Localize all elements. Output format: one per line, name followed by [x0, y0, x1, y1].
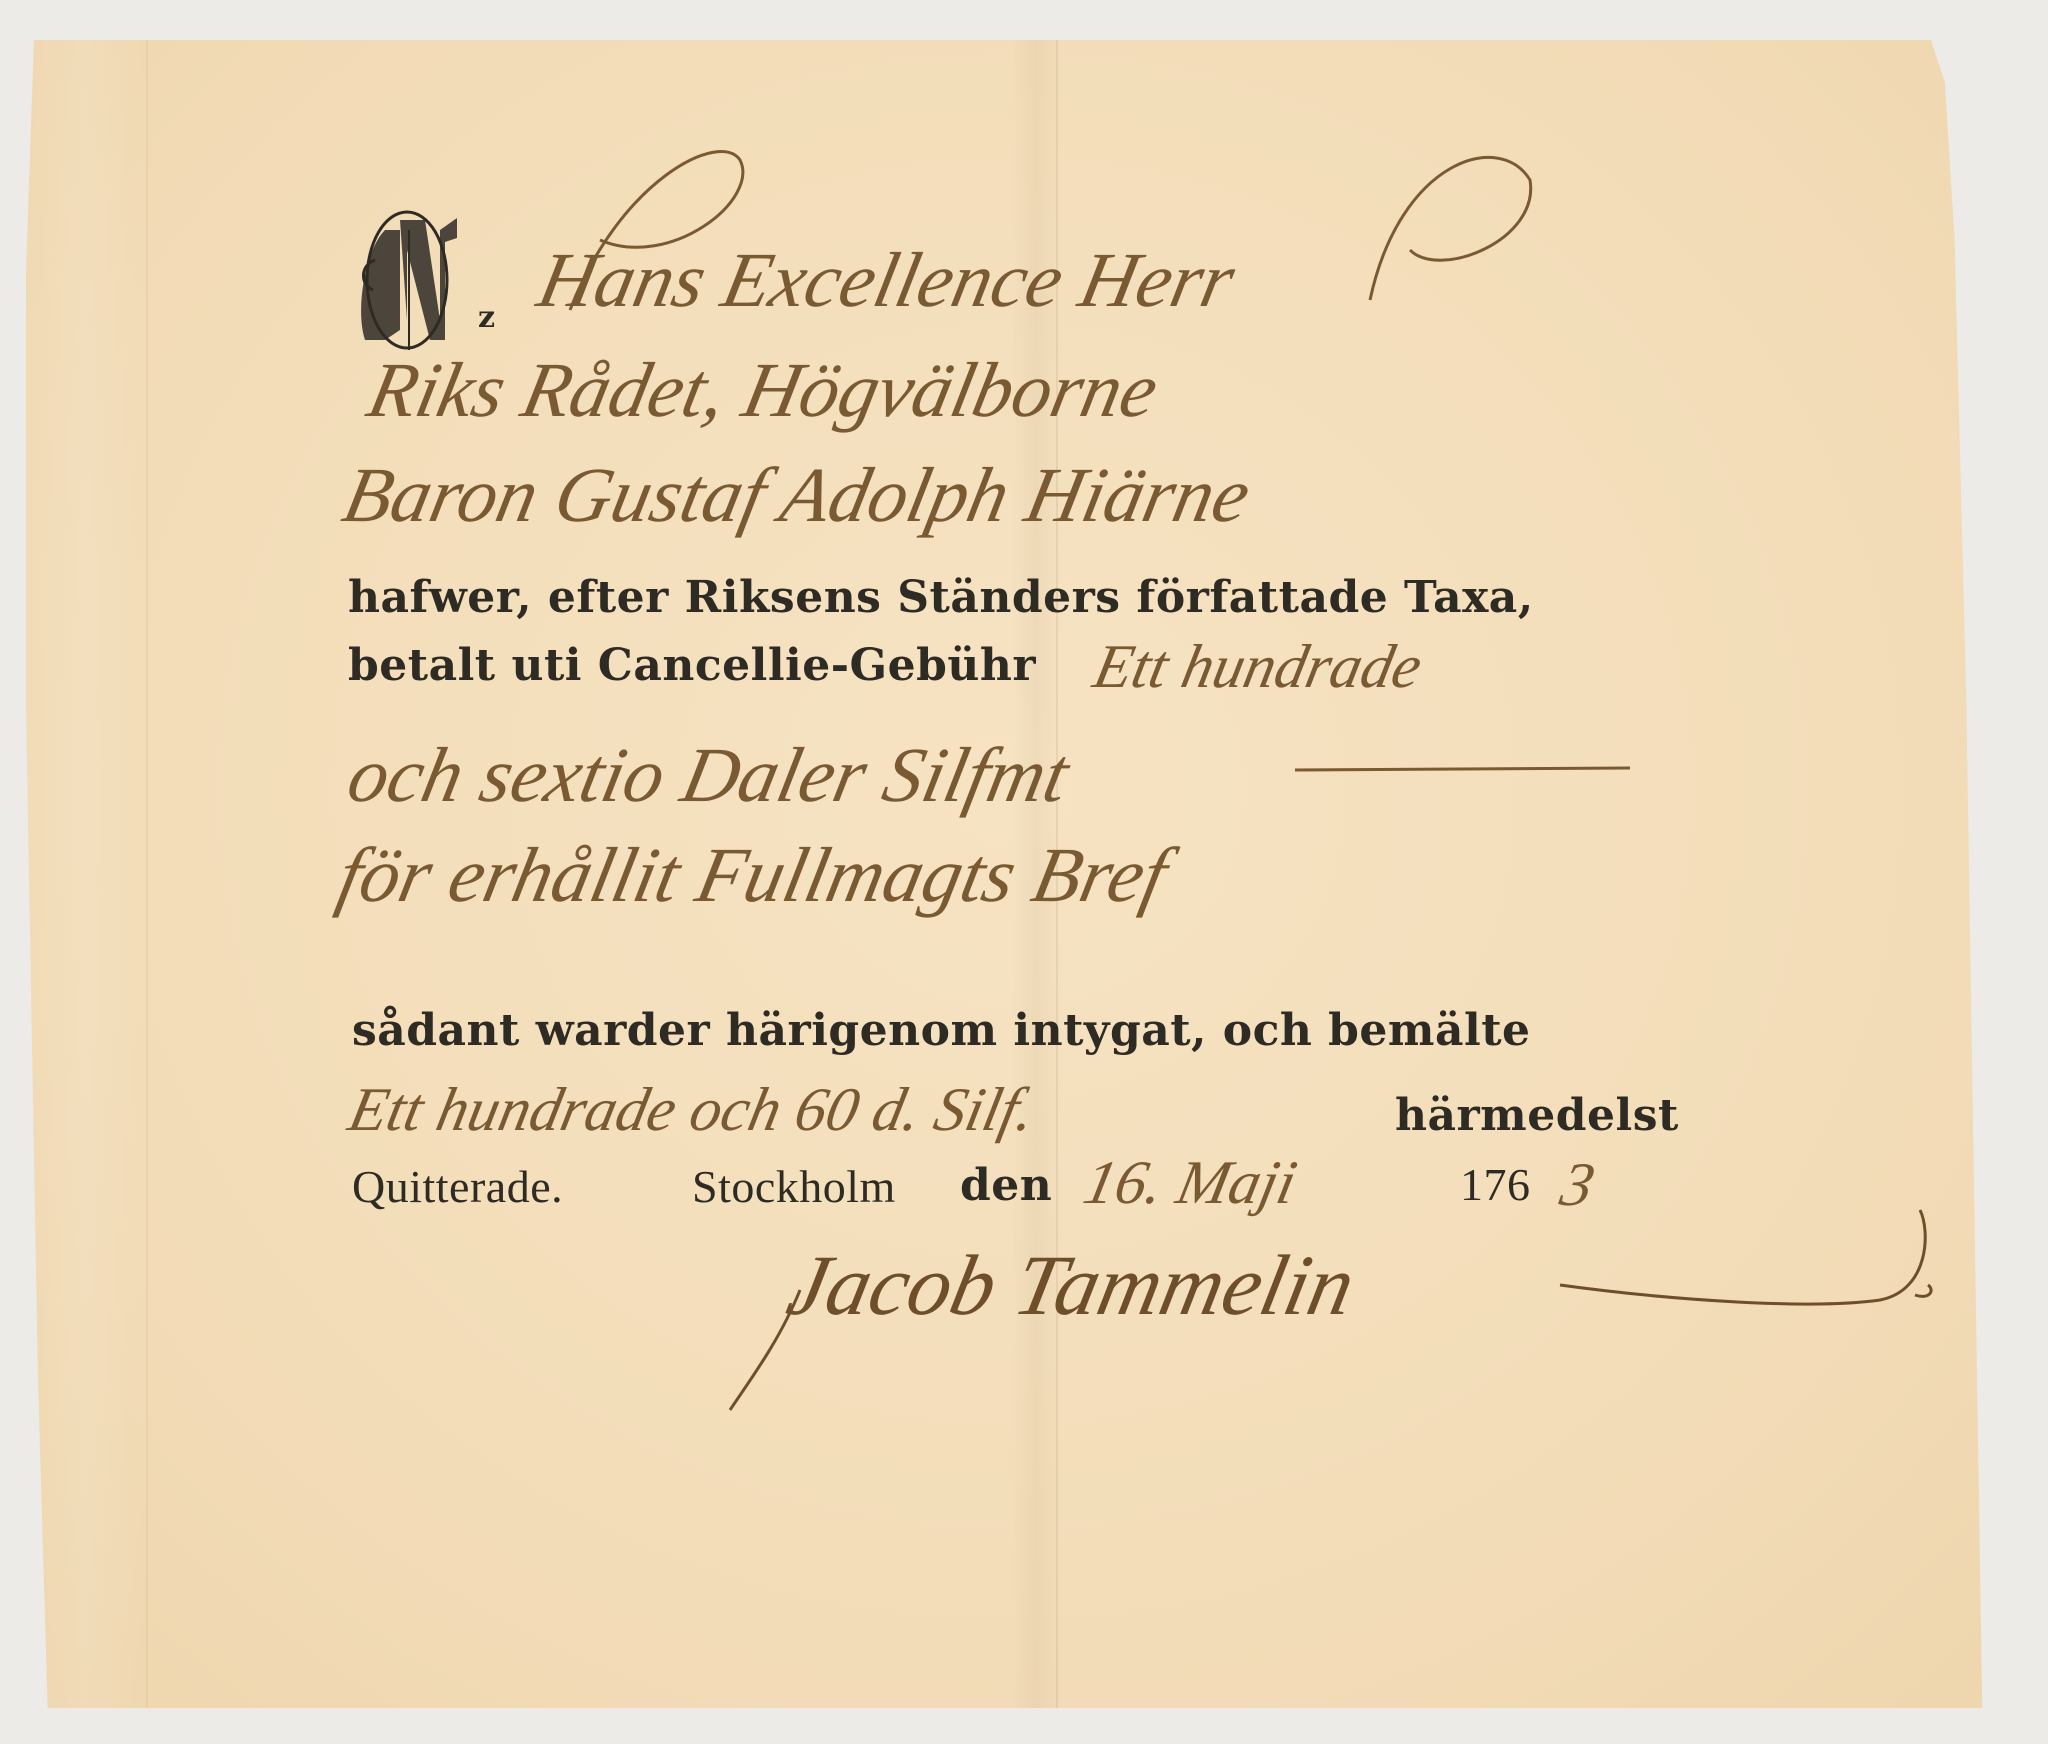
- stamp-suffix: z: [478, 300, 496, 335]
- handwritten-title-line1: Hans Excellence Herr: [530, 235, 1242, 325]
- handwritten-amount-2: och sextio Daler Silfmt: [340, 730, 1076, 820]
- printed-text-line1: hafwer, efter Riksens Ständers författad…: [348, 572, 1534, 623]
- handwritten-date: 16. Maji: [1077, 1148, 1302, 1219]
- printed-text-line3: sådant warder härigenom intygat, och bem…: [352, 1005, 1531, 1056]
- signature: Jacob Tammelin: [779, 1235, 1363, 1335]
- printed-quitterade: Quitterade.: [352, 1160, 563, 1213]
- handwritten-title-line2: Riks Rådet, Högvälborne: [360, 345, 1165, 435]
- handwritten-confirmation: Ett hundrade och 60 d. Silf.: [342, 1075, 1041, 1146]
- printed-year: 176: [1460, 1158, 1531, 1211]
- handwritten-amount-1: Ett hundrade: [1087, 632, 1428, 703]
- paper-fold-line-left: [146, 40, 148, 1708]
- handwritten-amount-3: för erhållit Fullmagts Bref: [330, 830, 1175, 920]
- printed-place: Stockholm: [692, 1160, 896, 1213]
- printed-den: den: [960, 1160, 1052, 1211]
- printed-text-line2: betalt uti Cancellie-Gebühr: [348, 640, 1036, 691]
- ornamental-number-stamp-icon: [345, 190, 475, 360]
- handwritten-name-line: Baron Gustaf Adolph Hiärne: [335, 450, 1258, 540]
- printed-text-line4-suffix: härmedelst: [1395, 1090, 1679, 1141]
